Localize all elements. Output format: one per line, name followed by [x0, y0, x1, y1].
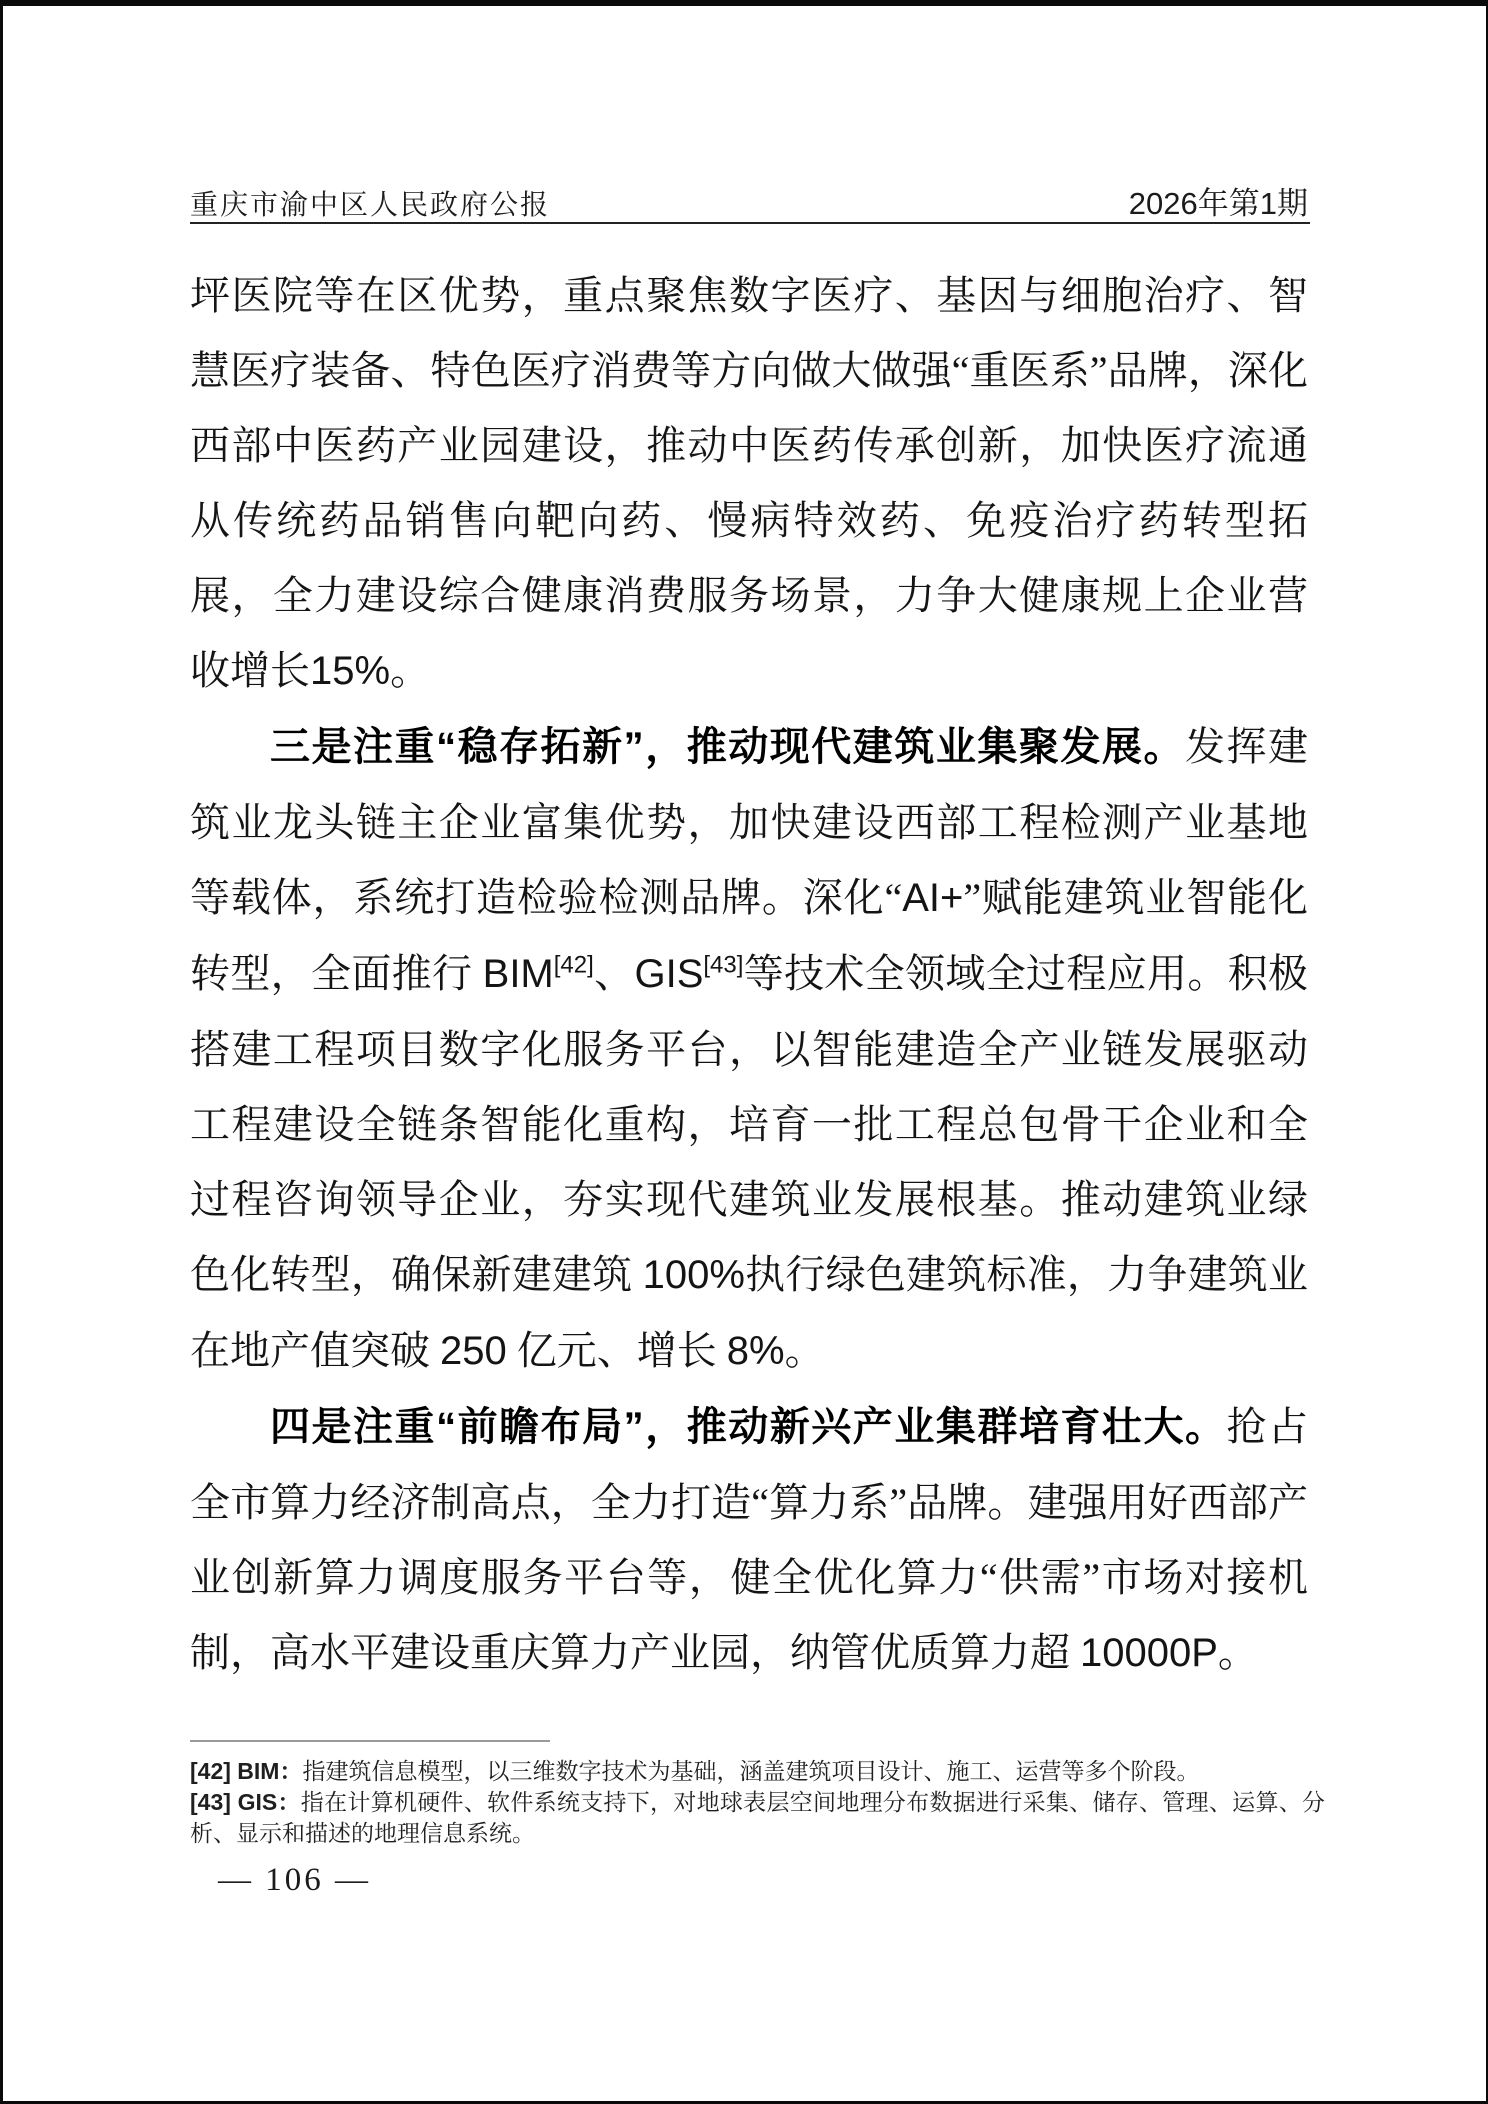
page-number: — 106 —: [218, 1862, 371, 1899]
footnote-label: [42]: [190, 1758, 237, 1784]
text-run: 。: [1218, 1630, 1258, 1675]
footnote-term: BIM：: [237, 1758, 302, 1784]
text-run: 100%: [643, 1253, 745, 1297]
text-run: 等技术全领域全过程应用。积极搭建工程项目数字化服务平台，以智能建造全产业链发展驱…: [190, 951, 1308, 1297]
text-run: 10000P: [1080, 1631, 1218, 1675]
text-run: 四是注重“前瞻布局”，推动新兴产业集群培育壮大。: [270, 1405, 1226, 1449]
text-run: 15%: [310, 649, 390, 693]
text-run: 。: [785, 1328, 825, 1373]
text-run: 坪医院等在区优势，重点聚焦数字医疗、基因与细胞治疗、智慧医疗装备、特色医疗消费等…: [190, 273, 1308, 693]
text-run: BIM: [483, 952, 554, 996]
gazette-title: 重庆市渝中区人民政府公报: [190, 183, 550, 223]
scan-edge-top: [0, 0, 1488, 6]
page-header: 重庆市渝中区人民政府公报 2026年第1期: [190, 178, 1308, 223]
body-paragraph: 三是注重“稳存拓新”，推动现代建筑业集聚发展。发挥建筑业龙头链主企业富集优势，加…: [190, 709, 1308, 1389]
text-run: 250: [440, 1329, 507, 1373]
text-run: 。: [390, 648, 430, 693]
gazette-page: 重庆市渝中区人民政府公报 2026年第1期 坪医院等在区优势，重点聚焦数字医疗、…: [0, 0, 1488, 2104]
text-run: 三是注重“稳存拓新”，推动现代建筑业集聚发展。: [270, 725, 1185, 769]
scan-edge-left: [0, 0, 3, 2104]
footnote-label: [43]: [190, 1789, 238, 1815]
body-paragraph: 坪医院等在区优势，重点聚焦数字医疗、基因与细胞治疗、智慧医疗装备、特色医疗消费等…: [190, 258, 1308, 709]
issue-number: 2026年第1期: [1129, 178, 1308, 223]
text-run: GIS: [634, 952, 703, 996]
document-body: 坪医院等在区优势，重点聚焦数字医疗、基因与细胞治疗、智慧医疗装备、特色医疗消费等…: [190, 258, 1308, 1691]
text-run: 、: [594, 951, 635, 996]
footnote-item: [42] BIM：指建筑信息模型，以三维数字技术为基础，涵盖建筑项目设计、施工、…: [190, 1756, 1325, 1787]
footnote-divider: [190, 1740, 550, 1742]
text-run: 8%: [727, 1329, 785, 1373]
footnotes: [42] BIM：指建筑信息模型，以三维数字技术为基础，涵盖建筑项目设计、施工、…: [190, 1756, 1325, 1849]
footnote-text: 指建筑信息模型，以三维数字技术为基础，涵盖建筑项目设计、施工、运营等多个阶段。: [302, 1759, 1199, 1784]
footnote-text: 指在计算机硬件、软件系统支持下，对地球表层空间地理分布数据进行采集、储存、管理、…: [190, 1790, 1325, 1846]
footnote-term: GIS：: [238, 1789, 301, 1815]
body-paragraph: 四是注重“前瞻布局”，推动新兴产业集群培育壮大。抢占全市算力经济制高点，全力打造…: [190, 1389, 1308, 1691]
footnote-ref: [42]: [554, 952, 594, 979]
header-divider: [190, 222, 1310, 224]
text-run: 亿元、增长: [507, 1328, 727, 1373]
footnote-item: [43] GIS：指在计算机硬件、软件系统支持下，对地球表层空间地理分布数据进行…: [190, 1787, 1325, 1849]
footnote-ref: [43]: [703, 952, 743, 979]
text-run: AI+: [902, 876, 963, 920]
